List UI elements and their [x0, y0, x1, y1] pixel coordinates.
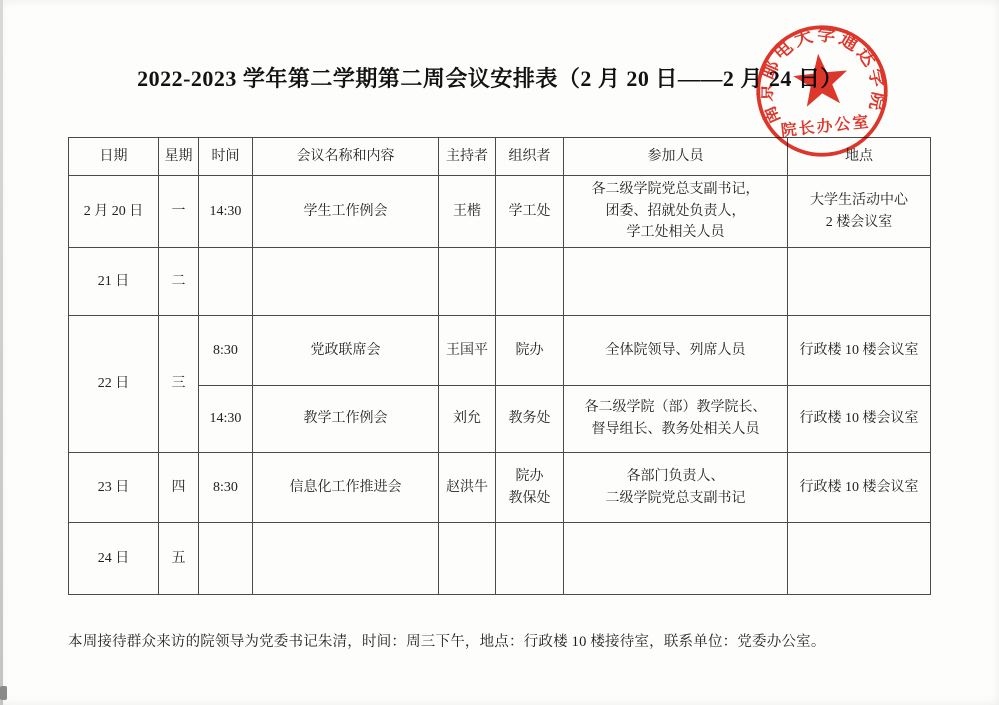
reception-note: 本周接待群众来访的院领导为党委书记朱清，时间：周三下午，地点：行政楼 10 楼接… [68, 630, 948, 651]
table-header-row: 日期 星期 时间 会议名称和内容 主持者 组织者 参加人员 地点 [69, 138, 931, 176]
cell-organizer: 院办 教保处 [496, 453, 564, 523]
meeting-schedule-table: 日期 星期 时间 会议名称和内容 主持者 组织者 参加人员 地点 2 月 20 … [68, 137, 931, 595]
cell-organizer: 院办 [496, 316, 564, 386]
cell-participants: 全体院领导、列席人员 [564, 316, 788, 386]
cell-organizer: 学工处 [496, 176, 564, 248]
header-date: 日期 [69, 138, 159, 176]
cell-host: 王楷 [439, 176, 496, 248]
table-row-feb21: 21 日 二 [69, 248, 931, 316]
cell-host [439, 523, 496, 595]
cell-participants: 各二级学院（部）教学院长、 督导组长、教务处相关人员 [564, 386, 788, 453]
cell-date: 24 日 [69, 523, 159, 595]
cell-time: 14:30 [199, 386, 253, 453]
cell-location: 大学生活动中心 2 楼会议室 [788, 176, 931, 248]
header-location: 地点 [788, 138, 931, 176]
cell-meeting [253, 248, 439, 316]
scanned-page: 2022-2023 学年第二学期第二周会议安排表（2 月 20 日——2 月 2… [0, 0, 999, 705]
cell-week: 三 [159, 316, 199, 453]
cell-time [199, 248, 253, 316]
header-organizer: 组织者 [496, 138, 564, 176]
cell-organizer [496, 248, 564, 316]
table-row-feb24: 24 日 五 [69, 523, 931, 595]
cell-date: 2 月 20 日 [69, 176, 159, 248]
cell-participants: 各部门负责人、 二级学院党总支副书记 [564, 453, 788, 523]
scan-edge-artifact [0, 0, 3, 705]
header-time: 时间 [199, 138, 253, 176]
cell-organizer [496, 523, 564, 595]
header-meeting: 会议名称和内容 [253, 138, 439, 176]
cell-location [788, 248, 931, 316]
cell-time [199, 523, 253, 595]
cell-date: 22 日 [69, 316, 159, 453]
cell-week: 五 [159, 523, 199, 595]
cell-meeting: 信息化工作推进会 [253, 453, 439, 523]
cell-meeting: 教学工作例会 [253, 386, 439, 453]
cell-week: 四 [159, 453, 199, 523]
cell-location: 行政楼 10 楼会议室 [788, 453, 931, 523]
cell-date: 23 日 [69, 453, 159, 523]
cell-participants [564, 248, 788, 316]
cell-meeting: 党政联席会 [253, 316, 439, 386]
cell-participants: 各二级学院党总支副书记， 团委、招就处负责人， 学工处相关人员 [564, 176, 788, 248]
header-participants: 参加人员 [564, 138, 788, 176]
header-host: 主持者 [439, 138, 496, 176]
seal-bottom-text: 院长办公室 [780, 112, 871, 140]
cell-meeting: 学生工作例会 [253, 176, 439, 248]
cell-week: 一 [159, 176, 199, 248]
cell-date: 21 日 [69, 248, 159, 316]
cell-host: 王国平 [439, 316, 496, 386]
table-row-feb23: 23 日 四 8:30 信息化工作推进会 赵洪牛 院办 教保处 各部门负责人、 … [69, 453, 931, 523]
cell-location [788, 523, 931, 595]
cell-week: 二 [159, 248, 199, 316]
table-row-feb22-morning: 22 日 三 8:30 党政联席会 王国平 院办 全体院领导、列席人员 行政楼 … [69, 316, 931, 386]
page-title: 2022-2023 学年第二学期第二周会议安排表（2 月 20 日——2 月 2… [0, 62, 980, 93]
table-row-feb20: 2 月 20 日 一 14:30 学生工作例会 王楷 学工处 各二级学院党总支副… [69, 176, 931, 248]
cell-host [439, 248, 496, 316]
cell-participants [564, 523, 788, 595]
table-row-feb22-afternoon: 14:30 教学工作例会 刘允 教务处 各二级学院（部）教学院长、 督导组长、教… [69, 386, 931, 453]
header-week: 星期 [159, 138, 199, 176]
cell-host: 刘允 [439, 386, 496, 453]
cell-time: 8:30 [199, 316, 253, 386]
cell-host: 赵洪牛 [439, 453, 496, 523]
cell-meeting [253, 523, 439, 595]
cell-time: 14:30 [199, 176, 253, 248]
cell-location: 行政楼 10 楼会议室 [788, 316, 931, 386]
scan-corner-smudge [0, 686, 7, 700]
cell-organizer: 教务处 [496, 386, 564, 453]
cell-location: 行政楼 10 楼会议室 [788, 386, 931, 453]
cell-time: 8:30 [199, 453, 253, 523]
